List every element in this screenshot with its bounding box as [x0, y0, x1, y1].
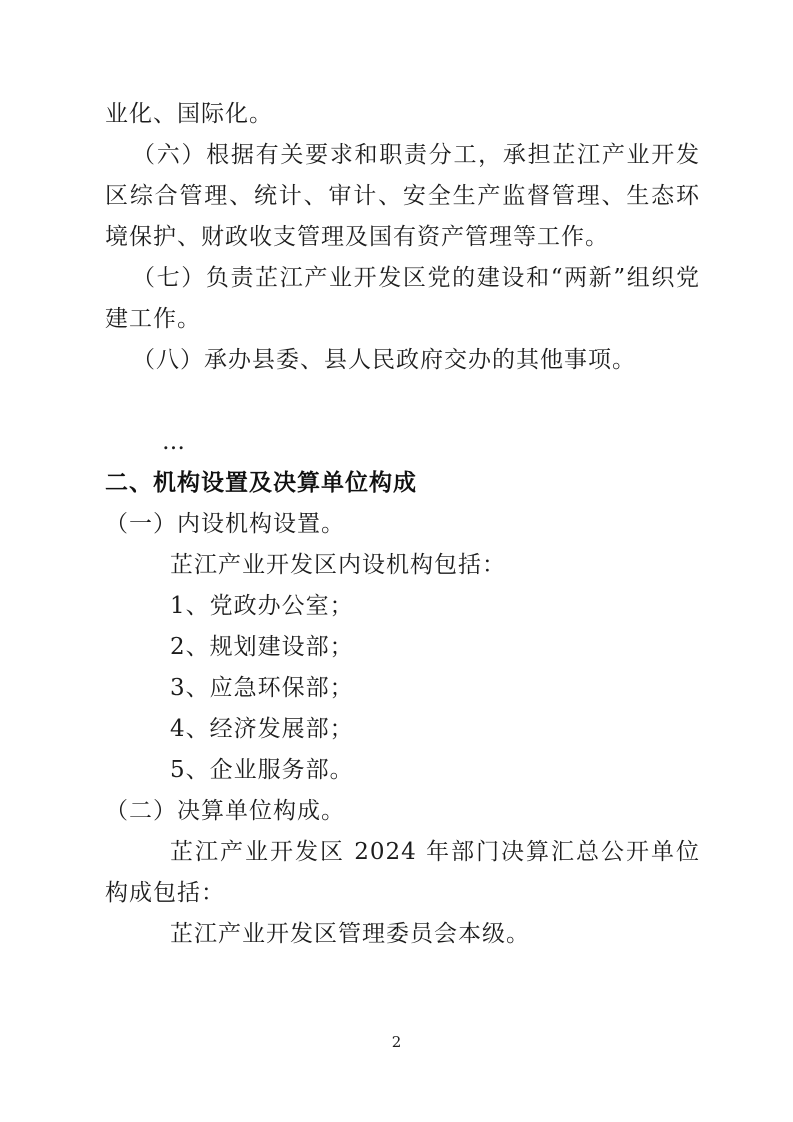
paragraph: （一）内设机构设置。: [105, 504, 700, 545]
paragraph: …: [105, 422, 700, 463]
paragraph: 芷江产业开发区内设机构包括：: [105, 545, 700, 586]
document-page: 业化、国际化。（六）根据有关要求和职责分工，承担芷江产业开发区综合管理、统计、审…: [0, 0, 793, 1122]
paragraph: （六）根据有关要求和职责分工，承担芷江产业开发区综合管理、统计、审计、安全生产监…: [105, 135, 700, 258]
paragraph: 4、经济发展部；: [105, 709, 700, 750]
document-body: 业化、国际化。（六）根据有关要求和职责分工，承担芷江产业开发区综合管理、统计、审…: [105, 94, 700, 955]
page-footer: 2: [0, 1033, 793, 1052]
page-number: 2: [392, 1033, 402, 1051]
section-heading: 二、机构设置及决算单位构成: [105, 463, 700, 504]
paragraph: 芷江产业开发区管理委员会本级。: [105, 914, 700, 955]
paragraph: 3、应急环保部；: [105, 668, 700, 709]
paragraph: 2、规划建设部；: [105, 627, 700, 668]
paragraph: （八）承办县委、县人民政府交办的其他事项。: [105, 340, 700, 381]
paragraph: （七）负责芷江产业开发区党的建设和“两新”组织党建工作。: [105, 258, 700, 340]
paragraph: （二）决算单位构成。: [105, 791, 700, 832]
paragraph: 芷江产业开发区 2024 年部门决算汇总公开单位构成包括：: [105, 832, 700, 914]
paragraph: 业化、国际化。: [105, 94, 700, 135]
paragraph: 5、企业服务部。: [105, 750, 700, 791]
paragraph: 1、党政办公室；: [105, 586, 700, 627]
